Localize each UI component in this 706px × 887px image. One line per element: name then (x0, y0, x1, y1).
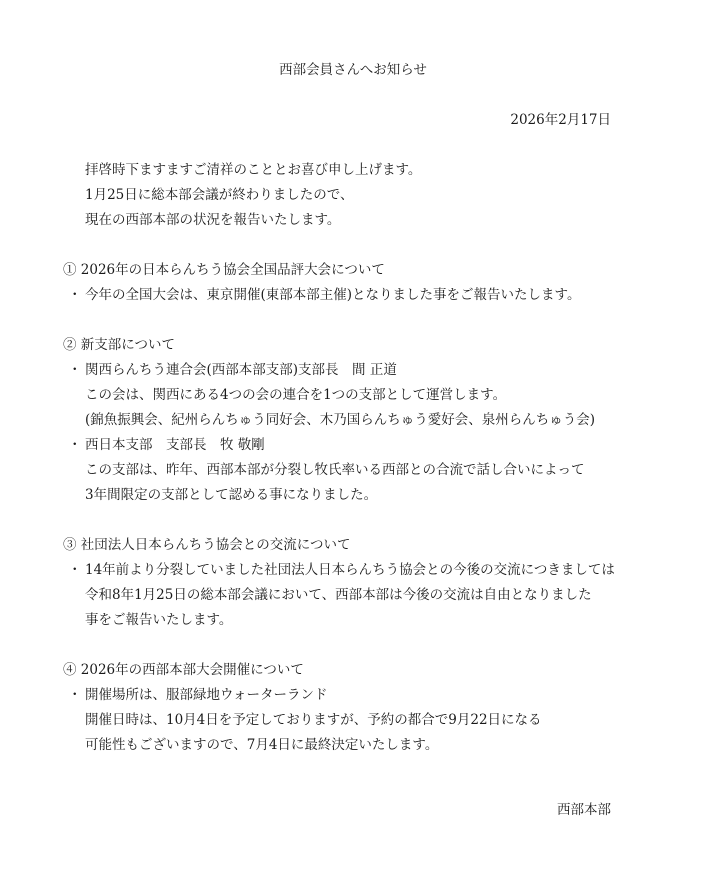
section-2-item-2-line-3: 3年間限定の支部として認める事になりました。 (85, 486, 377, 504)
section-2-heading: ② 新支部について (63, 336, 175, 354)
section-2-item-1-line-2: この会は、関西にある4つの会の連合を1つの支部として運営します。 (85, 386, 506, 404)
section-1-heading: ① 2026年の日本らんちう協会全国品評大会について (63, 261, 385, 279)
section-4-heading: ④ 2026年の西部本部大会開催について (63, 661, 304, 679)
bullet-marker: ・ (68, 436, 85, 454)
signature: 西部本部 (557, 801, 611, 819)
section-3-heading: ③ 社団法人日本らんちう協会との交流について (63, 536, 351, 554)
document-title: 西部会員さんへお知らせ (0, 61, 706, 79)
section-4-item-1-line-3: 可能性もございますので、7月4日に最終決定いたします。 (85, 736, 438, 754)
greeting-line-1: 拝啓時下ますますご清祥のこととお喜び申し上げます。 (85, 161, 421, 179)
bullet-marker: ・ (68, 686, 85, 704)
section-3-item-1-line-3: 事をご報告いたします。 (85, 611, 232, 629)
section-2-item-1: ・関西らんちう連合会(西部本部支部)支部長 間 正道 (68, 361, 397, 379)
section-4-item-1: ・開催場所は、服部緑地ウォーターランド (68, 686, 327, 704)
section-3-item-1-line-2: 令和8年1月25日の総本部会議において、西部本部は今後の交流は自由となりました (85, 586, 592, 604)
bullet-marker: ・ (68, 561, 85, 579)
section-3-item-1: ・14年前より分裂していました社団法人日本らんちう協会との今後の交流につきまして… (68, 561, 615, 579)
document-date: 2026年2月17日 (510, 111, 611, 129)
section-4-item-1-line-2: 開催日時は、10月4日を予定しておりますが、予約の都合で9月22日になる (85, 711, 542, 729)
section-2-item-2-line-2: この支部は、昨年、西部本部が分裂し牧氏率いる西部との合流で話し合いによって (85, 461, 585, 479)
section-2-item-2: ・西日本支部 支部長 牧 敬剛 (68, 436, 265, 454)
greeting-line-2: 1月25日に総本部会議が終わりましたので、 (85, 186, 354, 204)
section-1-item-1: ・今年の全国大会は、東京開催(東部本部主催)となりました事をご報告いたします。 (68, 286, 580, 304)
section-2-item-1-line-3: (錦魚振興会、紀州らんちゅう同好会、木乃国らんちゅう愛好会、泉州らんちゅう会) (85, 411, 595, 429)
bullet-marker: ・ (68, 361, 85, 379)
greeting-line-3: 現在の西部本部の状況を報告いたします。 (85, 211, 340, 229)
bullet-marker: ・ (68, 286, 85, 304)
